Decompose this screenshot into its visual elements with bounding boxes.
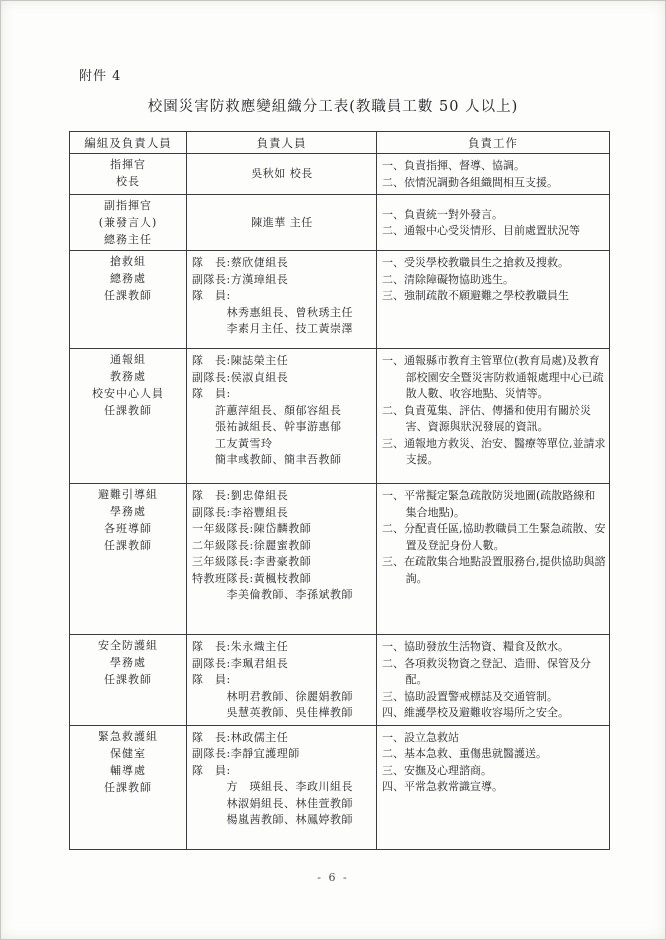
duty-item: 一、受災學校教職員生之搶救及搜救。 (382, 255, 606, 272)
table-row: 指揮官校長吳秋如 校長一、負責指揮、督導、協調。二、依情況調動各組織間相互支援。 (70, 154, 610, 195)
group-line: 任課教師 (73, 402, 183, 419)
duties-cell: 一、平常擬定緊急疏散防災地圖(疏散路線和集合地點)。二、分配責任區,協助教職員工… (377, 484, 610, 635)
table-row: 通報組教務處校安中心人員任課教師隊 長:陳誌榮主任副隊長:侯淑貞組長隊 員: 許… (70, 349, 610, 484)
group-cell: 避難引導組學務處各班導師任課教師 (70, 484, 187, 635)
duty-item: 一、通報縣市教育主管單位(教育局處)及教育部校園安全暨災害防救通報處理中心已疏散… (382, 353, 606, 403)
group-line: 學務處 (73, 654, 183, 671)
group-line: 安全防護組 (73, 637, 183, 654)
group-line: 任課教師 (73, 779, 183, 796)
group-line: 任課教師 (73, 671, 183, 688)
persons-cell: 吳秋如 校長 (187, 154, 377, 195)
person-line: 許蕙萍組長、顏郁容組長 (192, 403, 372, 420)
table-row: 副指揮官(兼發言人)總務主任陳進華 主任一、負責統一對外發言。二、通報中心受災情… (70, 195, 610, 251)
person-line: 二年級隊長:徐麗蜜教師 (192, 538, 372, 555)
org-table-body: 指揮官校長吳秋如 校長一、負責指揮、督導、協調。二、依情況調動各組織間相互支援。… (70, 154, 610, 850)
duty-item: 三、通報地方救災、治安、醫療等單位,並請求支援。 (382, 436, 606, 469)
duties-cell: 一、設立急救站二、基本急救、重傷患就醫護送。三、安撫及心理諮商。四、平常急救常識… (377, 725, 610, 849)
table-row: 緊急救護組保健室輔導處任課教師隊 長:林政儒主任副隊長:李靜宜護理師隊 員: 方… (70, 725, 610, 849)
person-line: 副隊長:方漢璋組長 (192, 272, 372, 289)
duty-item: 二、各項救災物資之登記、造冊、保管及分配。 (382, 656, 606, 689)
person-line: 隊 長:劉忠偉組長 (192, 488, 372, 505)
group-cell: 緊急救護組保健室輔導處任課教師 (70, 725, 187, 849)
document-page: 附件 4 校園災害防救應變組織分工表(教職員工數 50 人以上) 編組及負責人員… (0, 0, 666, 940)
duty-item: 四、維護學校及避難收容場所之安全。 (382, 705, 606, 722)
person-line: 陳進華 主任 (192, 215, 372, 232)
document-title: 校園災害防救應變組織分工表(教職員工數 50 人以上) (1, 95, 665, 116)
group-cell: 副指揮官(兼發言人)總務主任 (70, 195, 187, 251)
group-cell: 搶救組總務處任課教師 (70, 251, 187, 349)
person-line: 一年級隊長:陳岱麟教師 (192, 521, 372, 538)
group-line: 搶救組 (73, 253, 183, 270)
duty-item: 一、負責統一對外發言。 (382, 207, 606, 224)
group-line: 學務處 (73, 503, 183, 520)
person-line: 簡聿彧教師、簡聿吾教師 (192, 452, 372, 469)
group-line: 各班導師 (73, 520, 183, 537)
group-line: 校安中心人員 (73, 385, 183, 402)
header-cell-duties: 負責工作 (377, 132, 610, 154)
person-line: 隊 員: (192, 763, 372, 780)
org-table: 編組及負責人員 負責人員 負責工作 指揮官校長吳秋如 校長一、負責指揮、督導、協… (69, 131, 610, 850)
duty-item: 一、設立急救站 (382, 730, 606, 747)
persons-cell: 隊 長:朱永熾主任副隊長:李珮君組長隊 員: 林明君教師、徐麗娟教師 吳慧英教師… (187, 635, 377, 726)
duties-cell: 一、通報縣市教育主管單位(教育局處)及教育部校園安全暨災害防救通報處理中心已疏散… (377, 349, 610, 484)
attachment-label: 附件 4 (79, 65, 121, 84)
group-cell: 安全防護組學務處任課教師 (70, 635, 187, 726)
duty-item: 一、平常擬定緊急疏散防災地圖(疏散路線和集合地點)。 (382, 488, 606, 521)
group-line: 校長 (73, 173, 183, 190)
persons-cell: 隊 長:林政儒主任副隊長:李靜宜護理師隊 員: 方 瑛組長、李政川組長 林淑娟組… (187, 725, 377, 849)
table-header-row: 編組及負責人員 負責人員 負責工作 (70, 132, 610, 154)
duty-item: 三、安撫及心理諮商。 (382, 763, 606, 780)
person-line: 三年級隊長:李書豪教師 (192, 554, 372, 571)
person-line: 李美倫教師、李孫斌教師 (192, 587, 372, 604)
group-line: 指揮官 (73, 156, 183, 173)
person-line: 隊 員: (192, 672, 372, 689)
duty-item: 一、協助發放生活物資、糧食及飲水。 (382, 639, 606, 656)
person-line: 工友黃雪玲 (192, 436, 372, 453)
group-line: 輔導處 (73, 762, 183, 779)
persons-cell: 隊 長:陳誌榮主任副隊長:侯淑貞組長隊 員: 許蕙萍組長、顏郁容組長 張祐誠組長… (187, 349, 377, 484)
duties-cell: 一、負責指揮、督導、協調。二、依情況調動各組織間相互支援。 (377, 154, 610, 195)
group-line: 緊急救護組 (73, 728, 183, 745)
group-line: 副指揮官 (73, 197, 183, 214)
person-line: 副隊長:李珮君組長 (192, 656, 372, 673)
group-line: (兼發言人) (73, 214, 183, 231)
group-line: 避難引導組 (73, 486, 183, 503)
page-number: - 6 - (1, 871, 665, 884)
person-line: 張祐誠組長、幹事游惠郁 (192, 419, 372, 436)
person-line: 林明君教師、徐麗娟教師 (192, 689, 372, 706)
duty-item: 二、分配責任區,協助教職員工生緊急疏散、安置及登記身份人數。 (382, 521, 606, 554)
person-line: 特教班隊長:黃楓枝教師 (192, 571, 372, 588)
person-line: 隊 長:林政儒主任 (192, 730, 372, 747)
duties-cell: 一、協助發放生活物資、糧食及飲水。二、各項救災物資之登記、造冊、保管及分配。三、… (377, 635, 610, 726)
person-line: 方 瑛組長、李政川組長 (192, 779, 372, 796)
person-line: 副隊長:李裕豐組長 (192, 505, 372, 522)
group-cell: 指揮官校長 (70, 154, 187, 195)
group-line: 總務主任 (73, 231, 183, 248)
person-line: 隊 長:陳誌榮主任 (192, 353, 372, 370)
duty-item: 四、平常急救常識宣導。 (382, 779, 606, 796)
duty-item: 三、強制疏散不願避難之學校教職員生 (382, 288, 606, 305)
group-line: 教務處 (73, 368, 183, 385)
person-line: 林秀惠組長、曾秋琇主任 (192, 305, 372, 322)
person-line: 隊 長:蔡欣倢組長 (192, 255, 372, 272)
person-line: 副隊長:侯淑貞組長 (192, 370, 372, 387)
duties-cell: 一、受災學校教職員生之搶救及搜救。二、清除障礙物協助逃生。三、強制疏散不願避難之… (377, 251, 610, 349)
table-row: 安全防護組學務處任課教師隊 長:朱永熾主任副隊長:李珮君組長隊 員: 林明君教師… (70, 635, 610, 726)
person-line: 楊嵐茜教師、林鳳婷教師 (192, 812, 372, 829)
person-line: 林淑娟組長、林佳萱教師 (192, 796, 372, 813)
table-row: 搶救組總務處任課教師隊 長:蔡欣倢組長副隊長:方漢璋組長隊 員: 林秀惠組長、曾… (70, 251, 610, 349)
group-line: 任課教師 (73, 537, 183, 554)
person-line: 副隊長:李靜宜護理師 (192, 746, 372, 763)
table-row: 避難引導組學務處各班導師任課教師隊 長:劉忠偉組長副隊長:李裕豐組長一年級隊長:… (70, 484, 610, 635)
duties-cell: 一、負責統一對外發言。二、通報中心受災情形、目前處置狀況等 (377, 195, 610, 251)
group-line: 總務處 (73, 270, 183, 287)
person-line: 隊 長:朱永熾主任 (192, 639, 372, 656)
persons-cell: 隊 長:蔡欣倢組長副隊長:方漢璋組長隊 員: 林秀惠組長、曾秋琇主任 李素月主任… (187, 251, 377, 349)
duty-item: 三、協助設置警戒標誌及交通管制。 (382, 689, 606, 706)
persons-cell: 陳進華 主任 (187, 195, 377, 251)
duty-item: 二、依情況調動各組織間相互支援。 (382, 175, 606, 192)
group-line: 任課教師 (73, 287, 183, 304)
duty-item: 二、基本急救、重傷患就醫護送。 (382, 746, 606, 763)
header-cell-persons: 負責人員 (187, 132, 377, 154)
duty-item: 二、負責蒐集、評估、傳播和使用有關於災害、資源與狀況發展的資訊。 (382, 403, 606, 436)
person-line: 吳秋如 校長 (192, 166, 372, 183)
group-cell: 通報組教務處校安中心人員任課教師 (70, 349, 187, 484)
duty-item: 一、負責指揮、督導、協調。 (382, 158, 606, 175)
group-line: 通報組 (73, 351, 183, 368)
person-line: 李素月主任、技工黃崇澤 (192, 321, 372, 338)
duty-item: 三、在疏散集合地點設置服務台,提供協助與諮詢。 (382, 554, 606, 587)
person-line: 隊 員: (192, 288, 372, 305)
duty-item: 二、通報中心受災情形、目前處置狀況等 (382, 223, 606, 240)
person-line: 隊 員: (192, 386, 372, 403)
group-line: 保健室 (73, 745, 183, 762)
persons-cell: 隊 長:劉忠偉組長副隊長:李裕豐組長一年級隊長:陳岱麟教師二年級隊長:徐麗蜜教師… (187, 484, 377, 635)
header-cell-group: 編組及負責人員 (70, 132, 187, 154)
duty-item: 二、清除障礙物協助逃生。 (382, 272, 606, 289)
person-line: 吳慧英教師、吳佳樺教師 (192, 705, 372, 722)
